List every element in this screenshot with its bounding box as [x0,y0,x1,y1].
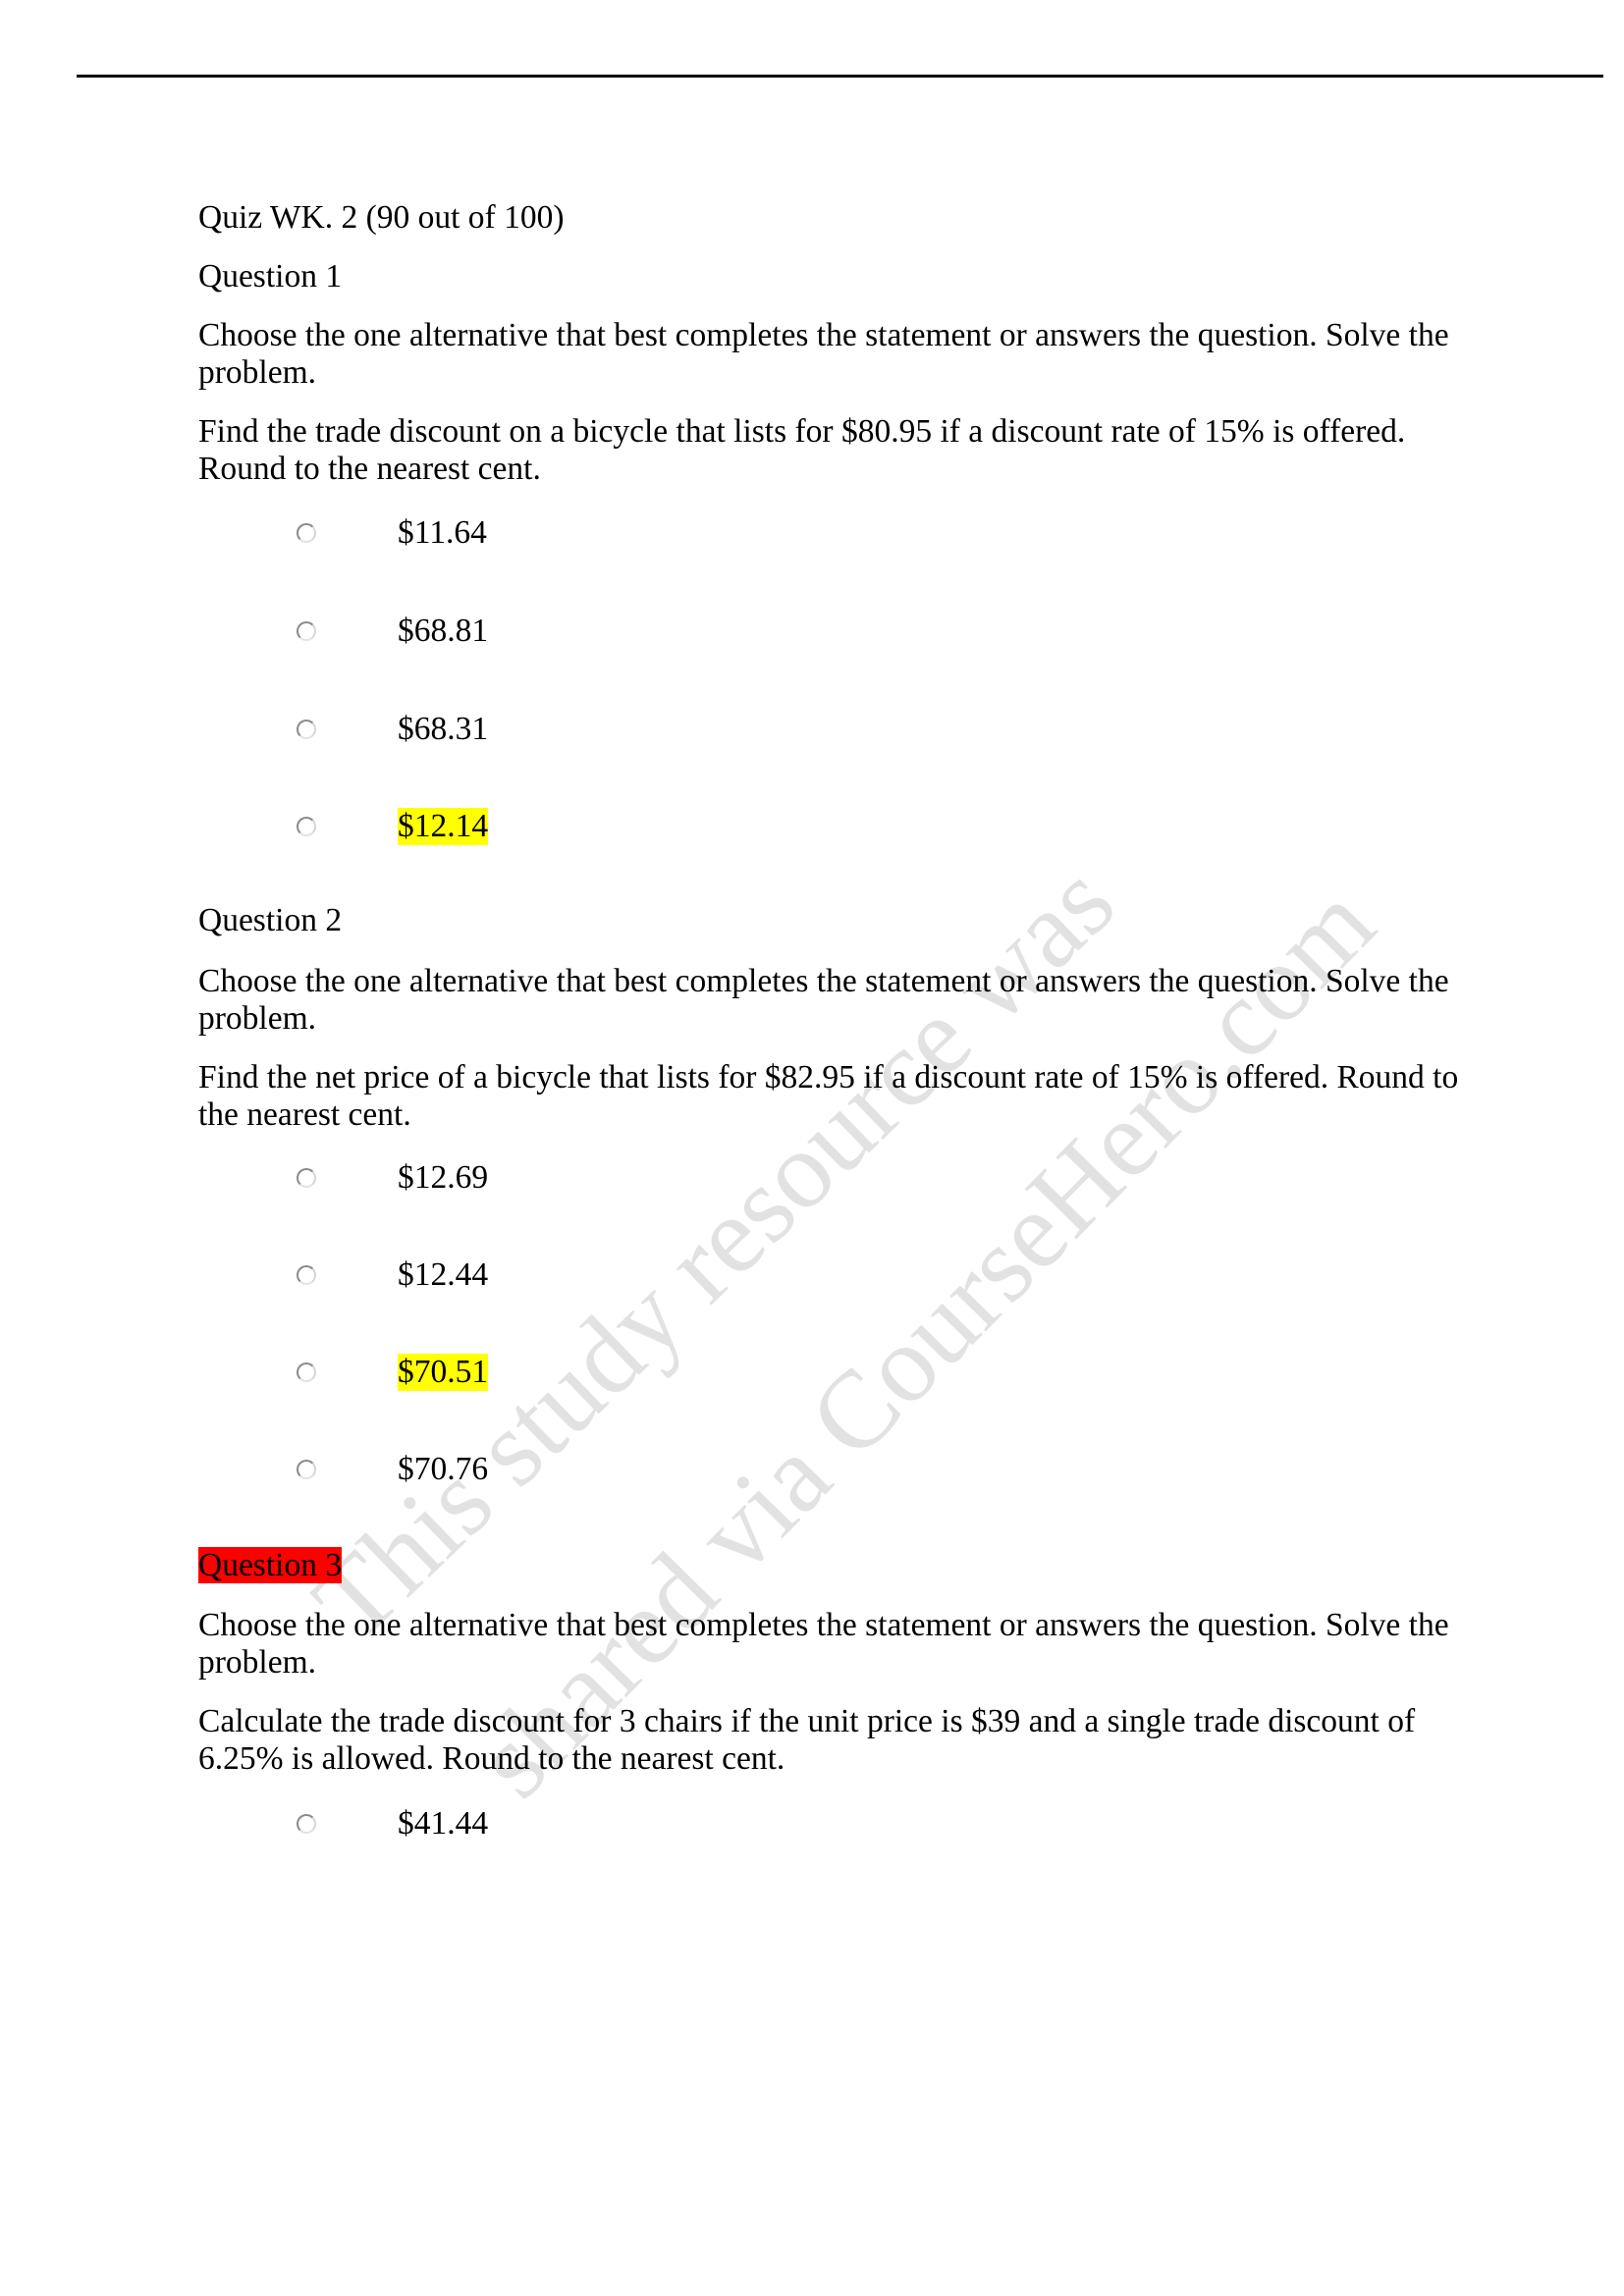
prompt-line: Find the trade discount on a bicycle tha… [198,413,1475,451]
radio-button-icon[interactable] [297,1265,316,1285]
answer-option[interactable]: $68.81 [297,613,488,650]
header-rule [77,75,1603,78]
option-text: $68.31 [398,711,488,748]
prompt-line: 6.25% is allowed. Round to the nearest c… [198,1740,1475,1778]
instruction-line: problem. [198,354,1475,392]
quiz-title: Quiz WK. 2 (90 out of 100) [198,199,564,237]
radio-button-icon[interactable] [297,817,316,836]
question-label-text: Question 3 [198,1547,342,1583]
question-label: Question 2 [198,902,342,939]
option-text: $70.76 [398,1451,488,1488]
prompt-line: Find the net price of a bicycle that lis… [198,1059,1475,1096]
question-label: Question 1 [198,258,342,295]
instruction-line: problem. [198,1000,1475,1038]
question-instruction: Choose the one alternative that best com… [198,1607,1475,1682]
question-instruction: Choose the one alternative that best com… [198,963,1475,1038]
answer-option-highlighted[interactable]: $12.14 [297,808,488,845]
option-text: $11.64 [398,514,487,552]
instruction-line: Choose the one alternative that best com… [198,317,1475,354]
question-prompt: Find the net price of a bicycle that lis… [198,1059,1475,1134]
answer-option[interactable]: $41.44 [297,1805,488,1842]
option-text-correct: $12.14 [398,808,488,845]
answer-option[interactable]: $12.69 [297,1159,488,1197]
answer-option[interactable]: $11.64 [297,514,487,552]
option-text: $12.44 [398,1256,488,1294]
option-text: $41.44 [398,1805,488,1842]
radio-button-icon[interactable] [297,1168,316,1188]
answer-option[interactable]: $70.76 [297,1451,488,1488]
radio-button-icon[interactable] [297,523,316,543]
option-text: $12.69 [398,1159,488,1197]
question-prompt: Find the trade discount on a bicycle tha… [198,413,1475,488]
radio-button-icon[interactable] [297,720,316,739]
question-prompt: Calculate the trade discount for 3 chair… [198,1703,1475,1778]
question-label-text: Question 2 [198,902,342,938]
radio-button-icon[interactable] [297,1362,316,1382]
question-instruction: Choose the one alternative that best com… [198,317,1475,392]
instruction-line: Choose the one alternative that best com… [198,1607,1475,1644]
question-label-incorrect: Question 3 [198,1547,342,1584]
radio-button-icon[interactable] [297,1814,316,1834]
radio-button-icon[interactable] [297,1460,316,1479]
instruction-line: Choose the one alternative that best com… [198,963,1475,1000]
prompt-line: the nearest cent. [198,1096,1475,1134]
radio-button-icon[interactable] [297,621,316,641]
answer-option[interactable]: $12.44 [297,1256,488,1294]
prompt-line: Calculate the trade discount for 3 chair… [198,1703,1475,1740]
option-text-correct: $70.51 [398,1354,488,1391]
instruction-line: problem. [198,1644,1475,1682]
answer-option-highlighted[interactable]: $70.51 [297,1354,488,1391]
answer-option[interactable]: $68.31 [297,711,488,748]
question-label-text: Question 1 [198,258,342,294]
option-text: $68.81 [398,613,488,650]
prompt-line: Round to the nearest cent. [198,451,1475,488]
